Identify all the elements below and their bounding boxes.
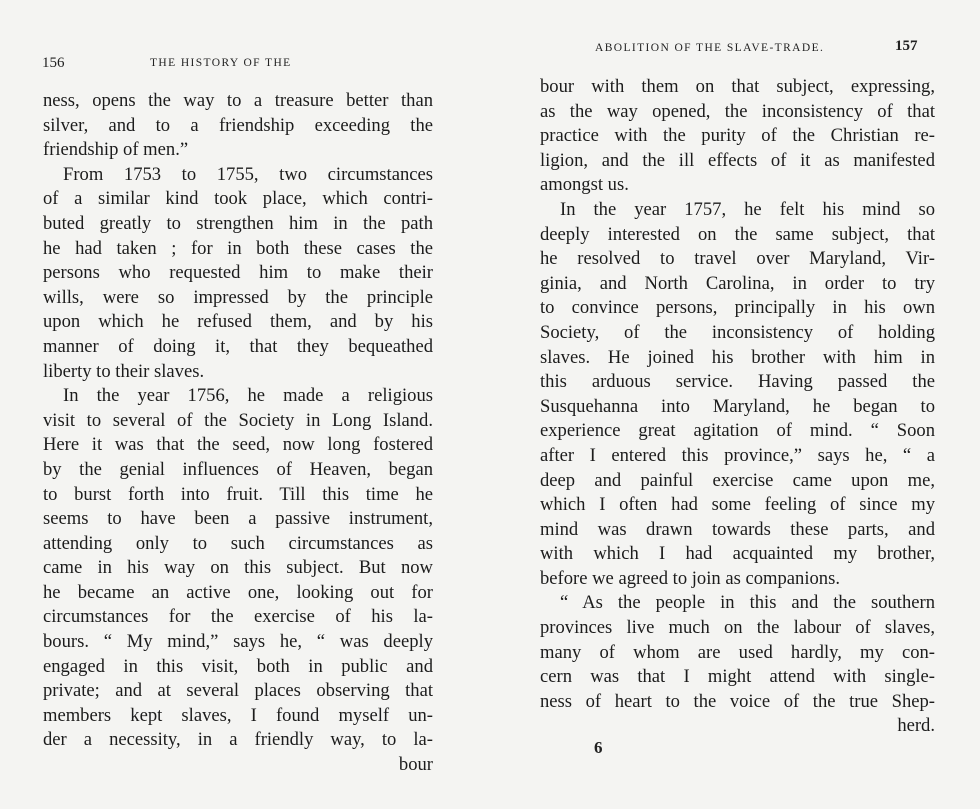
text-line: this arduous service. Having passed the bbox=[540, 370, 935, 395]
text-line: attending only to such circumstances as bbox=[43, 532, 433, 557]
page-number-left: 156 bbox=[42, 55, 65, 72]
text-line: came in his way on this subject. But now bbox=[43, 556, 433, 581]
text-line: In the year 1757, he felt his mind so bbox=[540, 198, 935, 223]
text-line: upon which he refused them, and by his bbox=[43, 310, 433, 335]
text-line: by the genial influences of Heaven, bega… bbox=[43, 458, 433, 483]
text-line: experience great agitation of mind. “ So… bbox=[540, 419, 935, 444]
text-line: Susquehanna into Maryland, he began to bbox=[540, 395, 935, 420]
text-line: circumstances for the exercise of his la… bbox=[43, 605, 433, 630]
text-line: amongst us. bbox=[540, 173, 935, 198]
text-line: In the year 1756, he made a religious bbox=[43, 384, 433, 409]
text-line: “ As the people in this and the southern bbox=[540, 591, 935, 616]
text-line: deep and painful exercise came upon me, bbox=[540, 469, 935, 494]
text-line: visit to several of the Society in Long … bbox=[43, 409, 433, 434]
text-line: provinces live much on the labour of sla… bbox=[540, 616, 935, 641]
text-line: manner of doing it, that they bequeathed bbox=[43, 335, 433, 360]
page-number-right: 157 bbox=[895, 38, 918, 55]
text-line: seems to have been a passive instrument, bbox=[43, 507, 433, 532]
text-line: From 1753 to 1755, two circumstances bbox=[43, 163, 433, 188]
signature-mark: 6 bbox=[594, 738, 603, 758]
text-line: he became an active one, looking out for bbox=[43, 581, 433, 606]
text-line: which I often had some feeling of since … bbox=[540, 493, 935, 518]
text-line: members kept slaves, I found myself un- bbox=[43, 704, 433, 729]
text-line: of a similar kind took place, which cont… bbox=[43, 187, 433, 212]
book-spread: 156 THE HISTORY OF THE ness, opens the w… bbox=[0, 0, 980, 809]
text-line: before we agreed to join as companions. bbox=[540, 567, 935, 592]
text-line: private; and at several places observing… bbox=[43, 679, 433, 704]
text-line: after I entered this province,” says he,… bbox=[540, 444, 935, 469]
text-line: deeply interested on the same subject, t… bbox=[540, 223, 935, 248]
text-line: he resolved to travel over Maryland, Vir… bbox=[540, 247, 935, 272]
text-line: ginia, and North Carolina, in order to t… bbox=[540, 272, 935, 297]
text-line: many of whom are used hardly, my con- bbox=[540, 641, 935, 666]
text-line: Here it was that the seed, now long fost… bbox=[43, 433, 433, 458]
text-line: slaves. He joined his brother with him i… bbox=[540, 346, 935, 371]
right-page: ABOLITION OF THE SLAVE-TRADE. 157 bour w… bbox=[490, 0, 980, 809]
text-line: bours. “ My mind,” says he, “ was deeply bbox=[43, 630, 433, 655]
text-line: Society, of the inconsistency of holding bbox=[540, 321, 935, 346]
text-line: bour bbox=[43, 753, 433, 778]
left-page-body: ness, opens the way to a treasure better… bbox=[43, 89, 433, 778]
text-line: to convince persons, principally in his … bbox=[540, 296, 935, 321]
text-line: liberty to their slaves. bbox=[43, 360, 433, 385]
right-page-body: bour with them on that subject, expressi… bbox=[540, 75, 935, 739]
text-line: practice with the purity of the Christia… bbox=[540, 124, 935, 149]
text-line: herd. bbox=[540, 714, 935, 739]
running-head-left: THE HISTORY OF THE bbox=[150, 57, 292, 69]
text-line: ness, opens the way to a treasure better… bbox=[43, 89, 433, 114]
text-line: mind was drawn towards these parts, and bbox=[540, 518, 935, 543]
text-line: der a necessity, in a friendly way, to l… bbox=[43, 728, 433, 753]
text-line: with which I had acquainted my brother, bbox=[540, 542, 935, 567]
text-line: ness of heart to the voice of the true S… bbox=[540, 690, 935, 715]
text-line: to burst forth into fruit. Till this tim… bbox=[43, 483, 433, 508]
text-line: engaged in this visit, both in public an… bbox=[43, 655, 433, 680]
running-head-right: ABOLITION OF THE SLAVE-TRADE. bbox=[595, 42, 824, 54]
left-page: 156 THE HISTORY OF THE ness, opens the w… bbox=[0, 0, 490, 809]
text-line: wills, were so impressed by the principl… bbox=[43, 286, 433, 311]
text-line: buted greatly to strengthen him in the p… bbox=[43, 212, 433, 237]
text-line: as the way opened, the inconsistency of … bbox=[540, 100, 935, 125]
text-line: bour with them on that subject, expressi… bbox=[540, 75, 935, 100]
text-line: silver, and to a friendship exceeding th… bbox=[43, 114, 433, 139]
text-line: cern was that I might attend with single… bbox=[540, 665, 935, 690]
text-line: he had taken ; for in both these cases t… bbox=[43, 237, 433, 262]
text-line: ligion, and the ill effects of it as man… bbox=[540, 149, 935, 174]
text-line: persons who requested him to make their bbox=[43, 261, 433, 286]
text-line: friendship of men.” bbox=[43, 138, 433, 163]
